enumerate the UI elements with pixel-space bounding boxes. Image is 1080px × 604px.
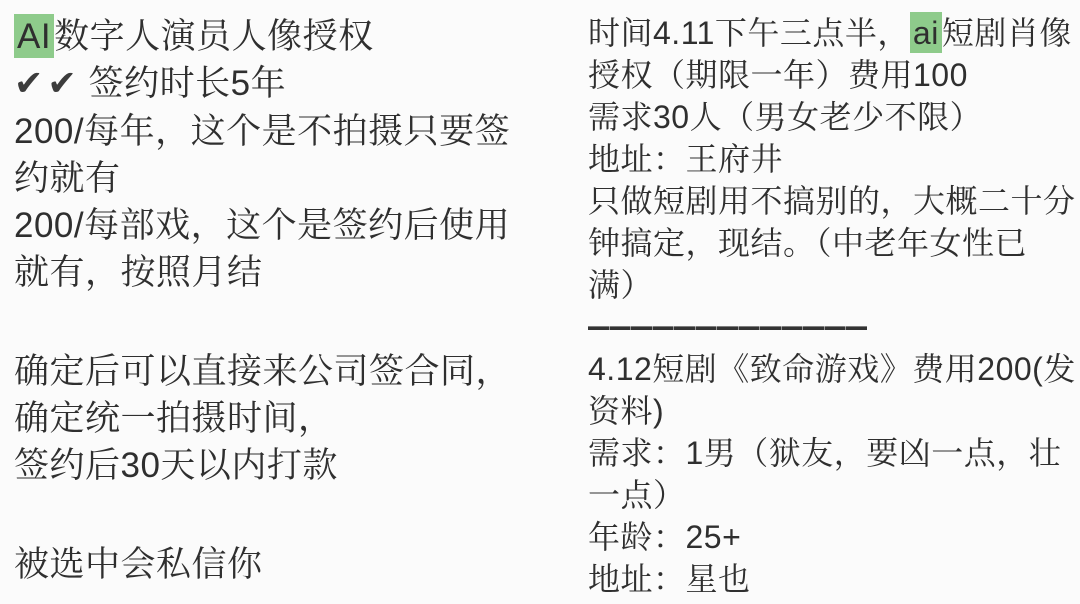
contract-signing-line: 确定后可以直接来公司签合同，: [14, 348, 574, 395]
job2-title-fee-line-wrap: 资料): [588, 390, 1074, 432]
highlight-ai-lowercase: ai: [910, 12, 942, 53]
job1-details-line-3: 满）: [588, 264, 1074, 306]
line-text: 时间4.11下午三点半，: [588, 15, 910, 51]
per-show-fee-line-wrap: 就有，按照月结: [14, 249, 574, 296]
checkmark-icon: ✔✔: [14, 64, 81, 104]
job1-headcount-line: 需求30人（男女老少不限）: [588, 96, 1074, 138]
job2-requirement-line: 需求：1男（狱友，要凶一点，壮: [588, 432, 1074, 474]
job1-authorization-fee-line: 授权（期限一年）费用100: [588, 54, 1074, 96]
shoot-time-line: 确定统一拍摄时间，: [14, 395, 574, 442]
job1-address-line: 地址：王府井: [588, 138, 1074, 180]
job2-title-fee-line: 4.12短剧《致命游戏》费用200(发: [588, 348, 1074, 390]
title-ai-avatar-authorization: AI数字人演员人像授权: [14, 13, 574, 60]
annual-fee-line-wrap: 约就有: [14, 155, 574, 202]
job1-details-line-2: 钟搞定，现结。（中老年女性已: [588, 222, 1074, 264]
highlight-ai: AI: [14, 14, 54, 58]
right-column: 时间4.11下午三点半，ai短剧肖像 授权（期限一年）费用100 需求30人（男…: [588, 12, 1074, 600]
left-column: AI数字人演员人像授权 ✔✔签约时长5年 200/每年，这个是不拍摄只要签 约就…: [14, 13, 574, 588]
job1-details-line-1: 只做短剧用不搞别的，大概二十分: [588, 180, 1074, 222]
per-show-fee-line: 200/每部戏，这个是签约后使用: [14, 202, 574, 249]
job2-age-line: 年龄：25+: [588, 516, 1074, 558]
job1-time-line: 时间4.11下午三点半，ai短剧肖像: [588, 12, 1074, 54]
job2-requirement-line-wrap: 一点）: [588, 474, 1074, 516]
payment-terms-line: 签约后30天以内打款: [14, 442, 574, 489]
dash-divider: —————————————: [588, 306, 1074, 348]
line-text: 数字人演员人像授权: [54, 17, 374, 56]
annual-fee-line: 200/每年，这个是不拍摄只要签: [14, 108, 574, 155]
casting-notes-image: AI数字人演员人像授权 ✔✔签约时长5年 200/每年，这个是不拍摄只要签 约就…: [0, 0, 1080, 604]
job2-address-line: 地址：星也: [588, 558, 1074, 600]
line-text: 签约时长5年: [89, 64, 286, 103]
line-text: 短剧肖像: [942, 15, 1072, 51]
selection-notice-line: 被选中会私信你: [14, 541, 574, 588]
signing-duration-line: ✔✔签约时长5年: [14, 60, 574, 108]
